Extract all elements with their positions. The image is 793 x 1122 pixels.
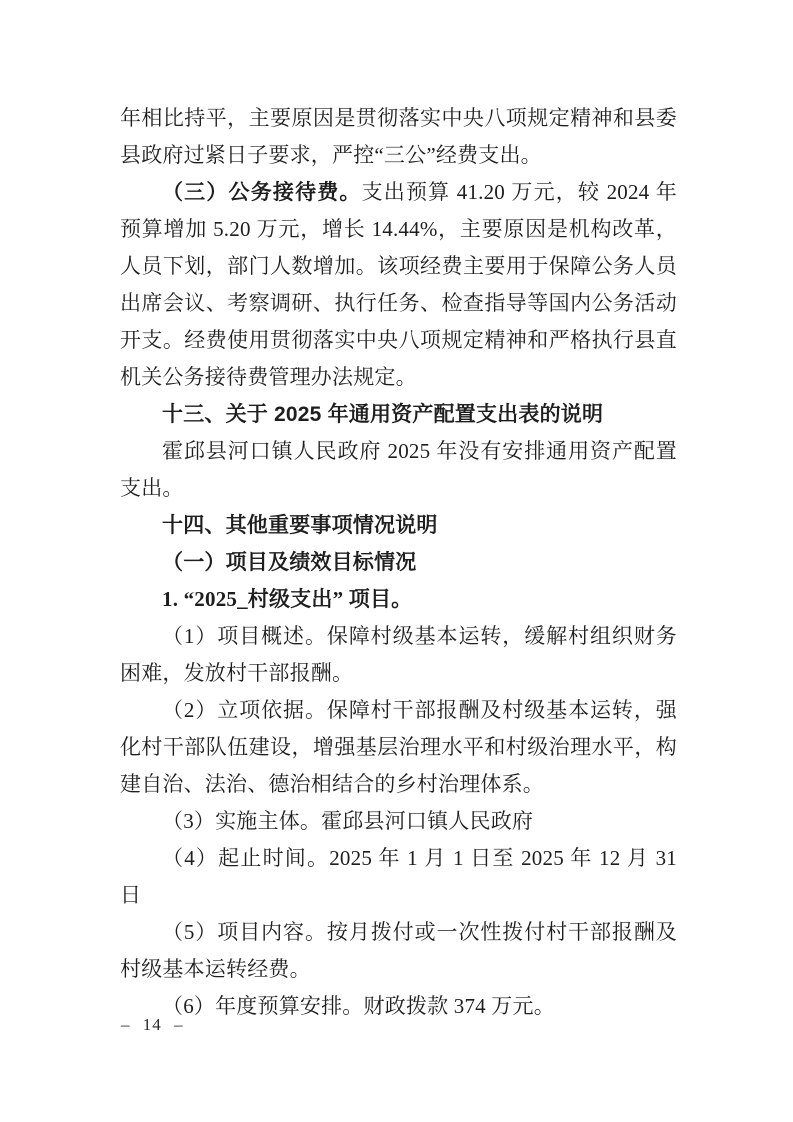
page-body: 年相比持平，主要原因是贯彻落实中央八项规定精神和县委县政府过紧日子要求，严控“三… bbox=[120, 100, 677, 1025]
paragraph-continuation: 年相比持平，主要原因是贯彻落实中央八项规定精神和县委县政府过紧日子要求，严控“三… bbox=[120, 100, 677, 174]
project-item-budget: （6）年度预算安排。财政拨款 374 万元。 bbox=[120, 988, 677, 1025]
section-13-heading: 十三、关于 2025 年通用资产配置支出表的说明 bbox=[120, 396, 677, 433]
project-1-heading: 1. “2025_村级支出” 项目。 bbox=[120, 581, 677, 618]
section-13-paragraph: 霍邱县河口镇人民政府 2025 年没有安排通用资产配置支出。 bbox=[120, 433, 677, 507]
official-reception-text: 支出预算 41.20 万元，较 2024 年预算增加 5.20 万元，增长 14… bbox=[120, 180, 677, 389]
project-item-overview: （1）项目概述。保障村级基本运转，缓解村组织财务困难，发放村干部报酬。 bbox=[120, 618, 677, 692]
project-item-content: （5）项目内容。按月拨付或一次性拨付村干部报酬及村级基本运转经费。 bbox=[120, 914, 677, 988]
subsection-1-heading: （一）项目及绩效目标情况 bbox=[120, 544, 677, 581]
section-14-heading: 十四、其他重要事项情况说明 bbox=[120, 507, 677, 544]
project-item-basis: （2）立项依据。保障村干部报酬及村级基本运转，强化村干部队伍建设，增强基层治理水… bbox=[120, 692, 677, 803]
project-item-implementer: （3）实施主体。霍邱县河口镇人民政府 bbox=[120, 803, 677, 840]
official-reception-lead: （三）公务接待费。 bbox=[162, 180, 362, 204]
paragraph-official-reception: （三）公务接待费。支出预算 41.20 万元，较 2024 年预算增加 5.20… bbox=[120, 174, 677, 396]
page-number: – 14 – bbox=[121, 1012, 184, 1038]
document-page: 年相比持平，主要原因是贯彻落实中央八项规定精神和县委县政府过紧日子要求，严控“三… bbox=[0, 0, 793, 1122]
project-item-timeframe: （4）起止时间。2025 年 1 月 1 日至 2025 年 12 月 31 日 bbox=[120, 840, 677, 914]
